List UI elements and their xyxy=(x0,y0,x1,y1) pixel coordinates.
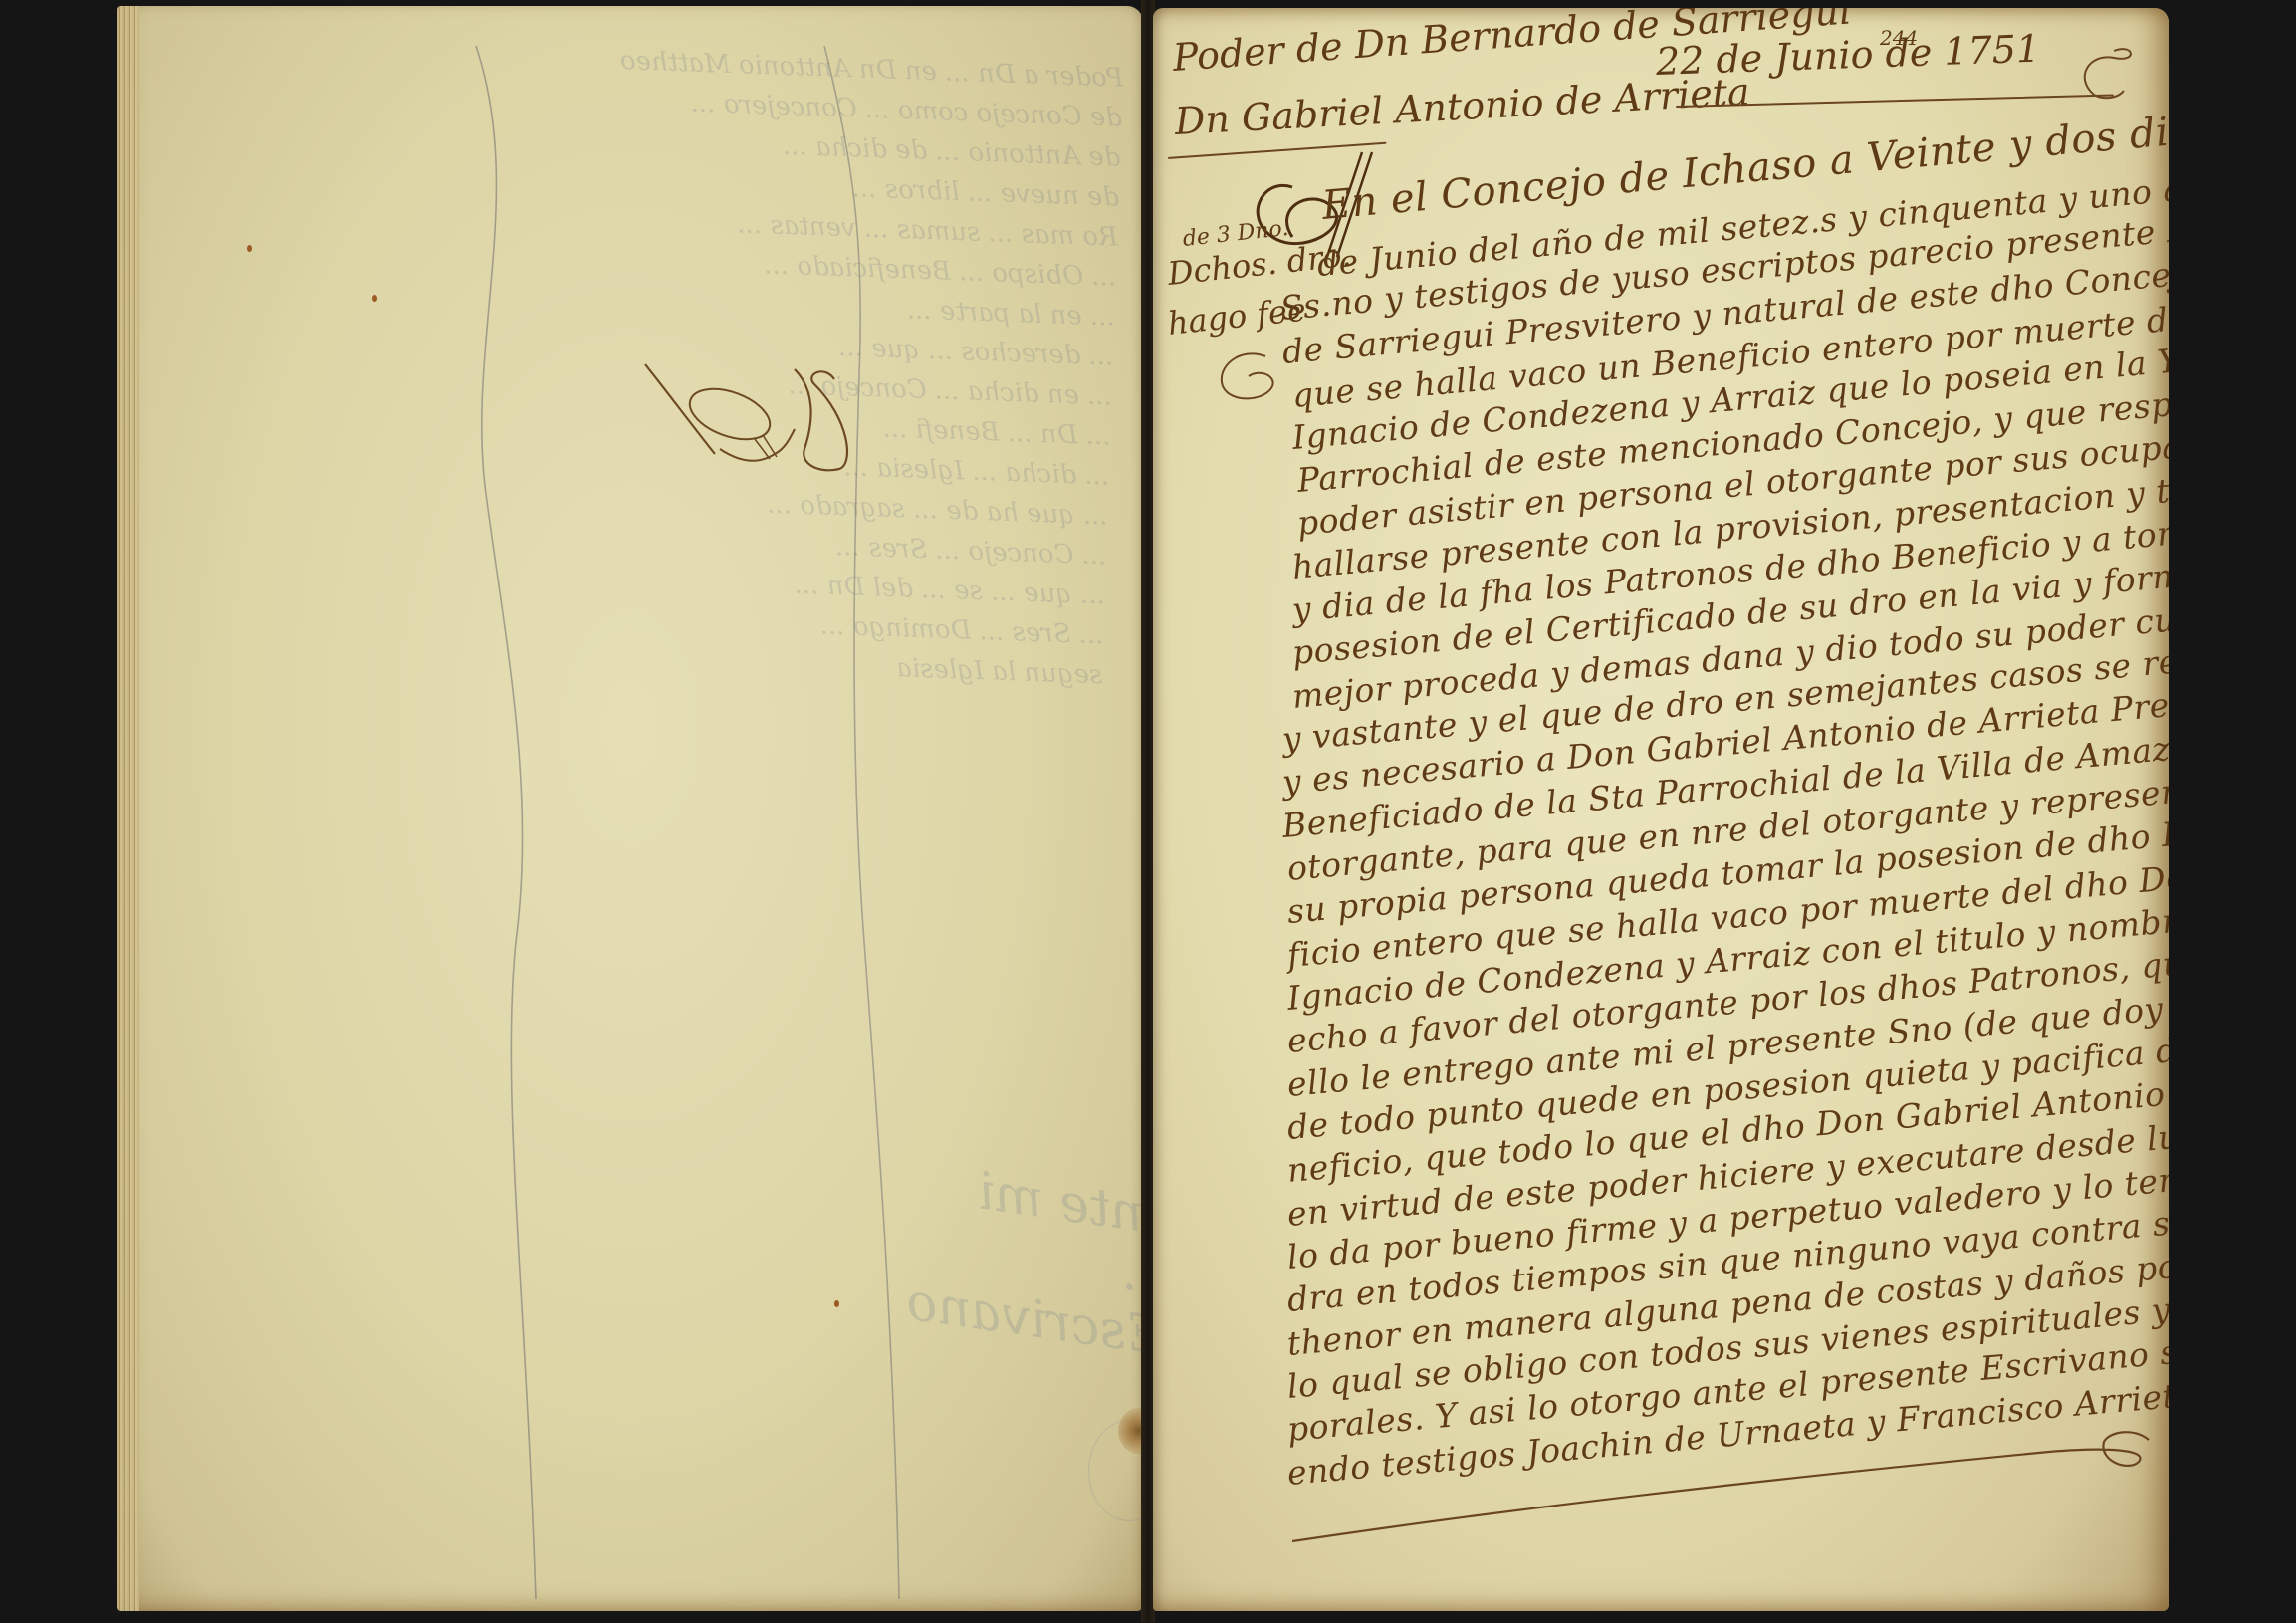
margin-flourish xyxy=(1211,347,1290,406)
rubric-flourish xyxy=(625,359,864,489)
closing-flourish-line xyxy=(1292,1422,2169,1561)
foxing-spot xyxy=(372,295,377,302)
header-flourish xyxy=(2054,43,2144,103)
left-page: Poder a Dn ... en Dn Anttonio Mattheo de… xyxy=(117,6,1143,1611)
right-page: Poder de Dn Bernardo de Sarriegui Dn Gab… xyxy=(1153,8,2169,1611)
manuscript-scan: Poder a Dn ... en Dn Anttonio Mattheo de… xyxy=(0,0,2296,1623)
foxing-spot xyxy=(247,245,252,252)
folio-number: 244 xyxy=(1880,26,1918,50)
bleed-through-signature: Ante mi ... Escrivano xyxy=(903,1154,1143,1367)
foxing-spot xyxy=(834,1300,839,1307)
page-edge-stack xyxy=(117,6,139,1611)
